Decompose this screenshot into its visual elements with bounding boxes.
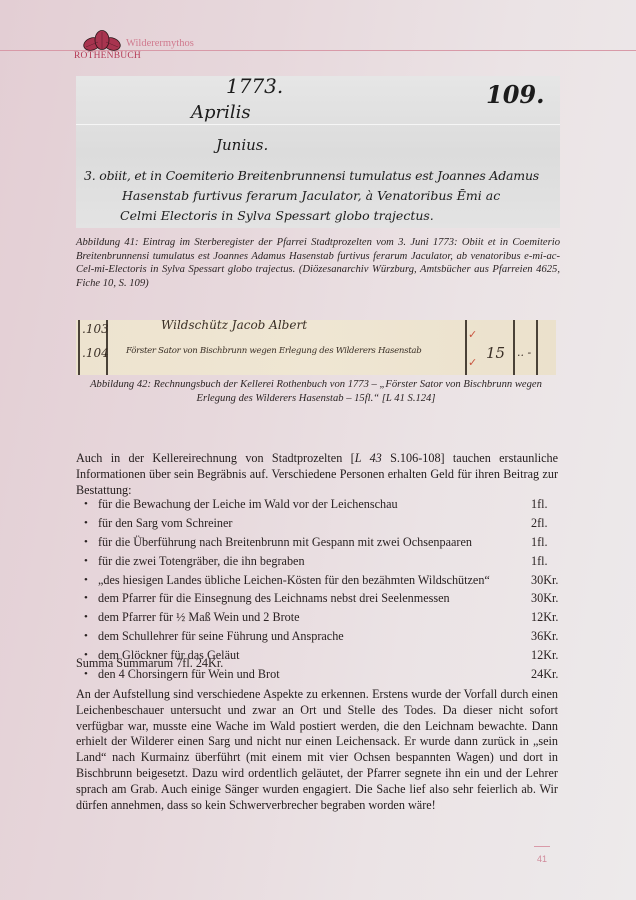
item-amount: 1fl. <box>531 554 548 570</box>
list-item: •für die Bewachung der Leiche im Wald vo… <box>76 497 560 516</box>
list-item: •dem Schullehrer für seine Führung und A… <box>76 629 560 648</box>
figure-42-image: .103 Wildschütz Jacob Albert .104 Förste… <box>76 320 556 375</box>
red-check-mark: ✓ <box>468 356 477 369</box>
mss-row-103-text: Wildschütz Jacob Albert <box>161 320 307 332</box>
mss-line-1: 3. obiit, et in Coemiterio Breitenbrunne… <box>84 168 539 183</box>
list-item: •dem Pfarrer für die Einsegnung des Leic… <box>76 591 560 610</box>
mss-page-number: 109. <box>486 80 544 109</box>
figure-42-caption: Abbildung 42: Rechnungsbuch der Kellerei… <box>76 378 556 405</box>
mss-year: 1773. <box>226 76 283 98</box>
item-description: „des hiesigen Landes übliche Leichen-Kös… <box>98 573 490 589</box>
running-title: Wilderermythos <box>126 38 194 49</box>
scan-line <box>76 124 560 125</box>
item-amount: 36Kr. <box>531 629 558 645</box>
item-amount: 30Kr. <box>531 591 558 607</box>
mss-row-104-num: .104 <box>82 346 109 360</box>
item-amount: 24Kr. <box>531 667 558 683</box>
page-number-text: 41 <box>537 854 547 864</box>
item-amount: 1fl. <box>531 535 548 551</box>
item-description: für den Sarg vom Schreiner <box>98 516 232 532</box>
item-description: für die Bewachung der Leiche im Wald vor… <box>98 497 398 513</box>
list-item: •für den Sarg vom Schreiner2fl. <box>76 516 560 535</box>
mss-row-104-text: Förster Sator von Bischbrunn wegen Erleg… <box>126 346 421 356</box>
total-sum: Summa Summarum 7fl. 24Kr. <box>76 656 223 672</box>
figure-42-caption-line-2: Erlegung des Wilderers Hasenstab – 15fl.… <box>76 392 556 406</box>
source-reference: L 43 <box>355 451 382 465</box>
intro-text-start: Auch in der Kellereirechnung von Stadtpr… <box>76 451 355 465</box>
three-leaves-icon <box>82 30 122 52</box>
mss-month-junius: Junius. <box>216 136 268 154</box>
ledger-rule <box>513 320 515 375</box>
figure-41-caption: Abbildung 41: Eintrag im Sterberegister … <box>76 236 560 290</box>
figure-41-image: 1773. 109. Aprilis Junius. 3. obiit, et … <box>76 76 560 228</box>
item-description: dem Pfarrer für die Einsegnung des Leich… <box>98 591 450 607</box>
item-description: für die Überführung nach Breitenbrunn mi… <box>98 535 472 551</box>
bullet-icon: • <box>84 573 88 589</box>
item-description: dem Pfarrer für ½ Maß Wein und 2 Brote <box>98 610 300 626</box>
ledger-rule <box>536 320 538 375</box>
item-description: für die zwei Totengräber, die ihn begrab… <box>98 554 305 570</box>
item-amount: 12Kr. <box>531 610 558 626</box>
item-description: dem Schullehrer für seine Führung und An… <box>98 629 344 645</box>
bullet-icon: • <box>84 516 88 532</box>
ledger-rule <box>465 320 467 375</box>
page-number: 41 <box>534 846 550 867</box>
bullet-icon: • <box>84 535 88 551</box>
mss-line-3: Celmi Electoris in Sylva Spessart globo … <box>120 208 434 223</box>
bullet-icon: • <box>84 497 88 513</box>
bullet-icon: • <box>84 554 88 570</box>
bullet-icon: • <box>84 610 88 626</box>
bullet-icon: • <box>84 591 88 607</box>
mss-row-104-amount: 15 <box>486 344 505 362</box>
bullet-icon: • <box>84 629 88 645</box>
item-amount: 1fl. <box>531 497 548 513</box>
item-amount: 12Kr. <box>531 648 558 664</box>
ledger-rule <box>78 320 80 375</box>
rothenbuch-logo: ROTHENBUCH <box>74 30 130 60</box>
list-item: •dem Pfarrer für ½ Maß Wein und 2 Brote1… <box>76 610 560 629</box>
mss-line-2: Hasenstab furtivus ferarum Jaculator, à … <box>122 188 500 203</box>
intro-paragraph: Auch in der Kellereirechnung von Stadtpr… <box>76 451 558 498</box>
page-number-rule <box>534 846 550 847</box>
mss-row-104-extra: .. - <box>517 346 531 359</box>
list-item: •für die zwei Totengräber, die ihn begra… <box>76 554 560 573</box>
mss-month-aprilis: Aprilis <box>191 102 251 123</box>
item-amount: 2fl. <box>531 516 548 532</box>
list-item: •für die Überführung nach Breitenbrunn m… <box>76 535 560 554</box>
mss-row-103-num: .103 <box>82 322 109 336</box>
logo-wordmark: ROTHENBUCH <box>74 51 141 61</box>
analysis-paragraph: An der Aufstellung sind verschiedene Asp… <box>76 687 558 813</box>
page-header: ROTHENBUCH Wilderermythos <box>0 0 636 62</box>
list-item: •„des hiesigen Landes übliche Leichen-Kö… <box>76 573 560 592</box>
figure-42-caption-line-1: Abbildung 42: Rechnungsbuch der Kellerei… <box>76 378 556 392</box>
item-amount: 30Kr. <box>531 573 558 589</box>
red-check-mark: ✓ <box>468 328 477 341</box>
